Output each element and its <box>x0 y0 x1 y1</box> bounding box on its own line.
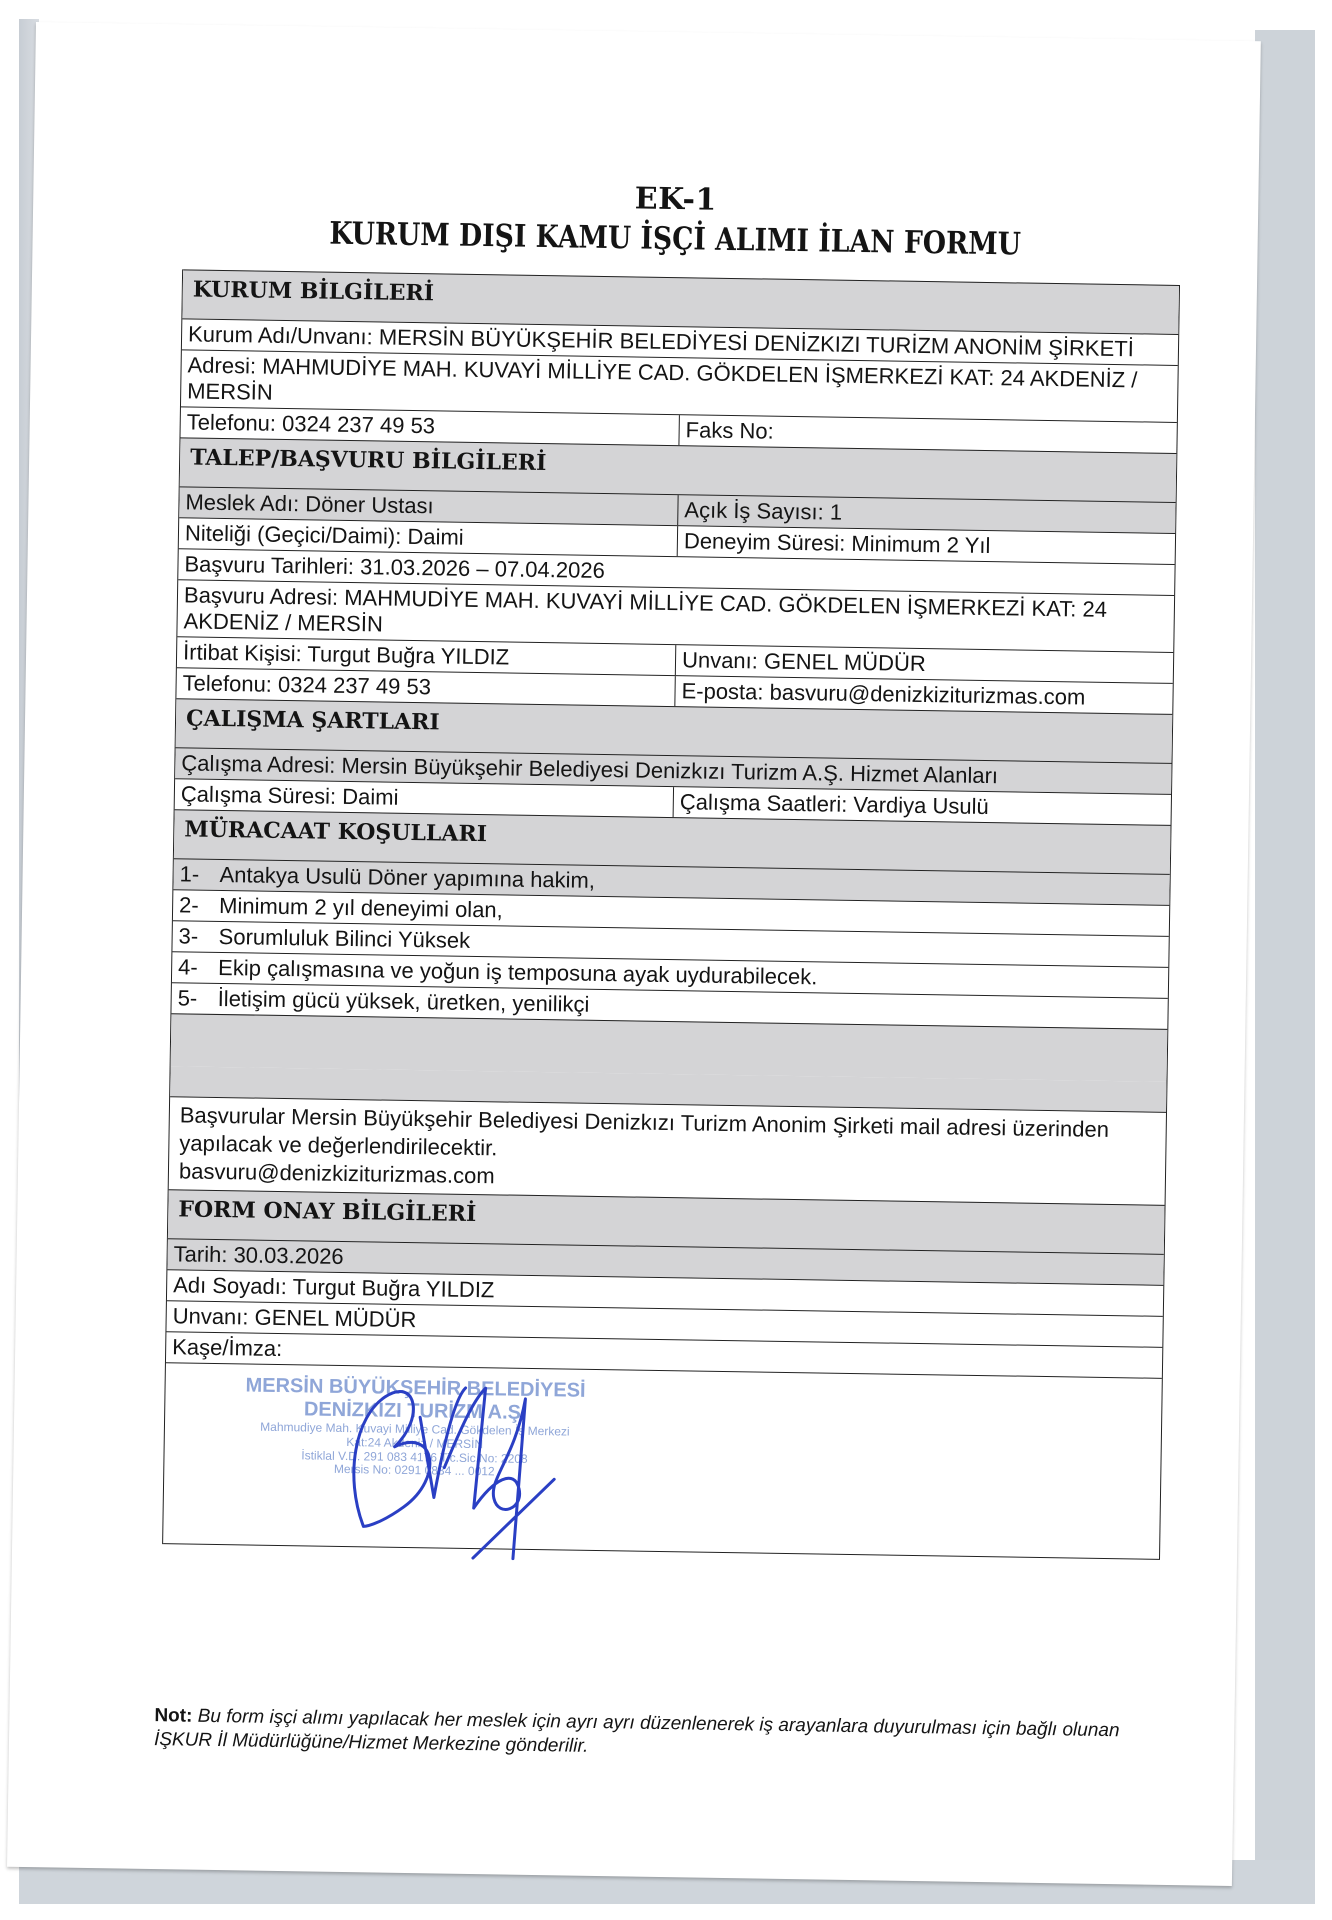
scanned-page: EK-1 KURUM DIŞI KAMU İŞÇİ ALIMI İLAN FOR… <box>7 22 1261 1886</box>
footer-note: Not: Bu form işçi alımı yapılacak her me… <box>154 1704 1155 1768</box>
signature-area: MERSİN BÜYÜKŞEHİR BELEDİYESİ DENİZKIZI T… <box>163 1362 1162 1560</box>
scanner-bed-edge <box>1255 30 1315 1900</box>
job-posting-form: EK-1 KURUM DIŞI KAMU İŞÇİ ALIMI İLAN FOR… <box>7 22 1261 1886</box>
application-notice: Başvurular Mersin Büyükşehir Belediyesi … <box>169 1096 1166 1205</box>
note-text: Bu form işçi alımı yapılacak her meslek … <box>154 1706 1120 1757</box>
title-block: EK-1 KURUM DIŞI KAMU İŞÇİ ALIMI İLAN FOR… <box>32 172 1258 266</box>
note-label: Not: <box>154 1705 192 1727</box>
handwritten-signature <box>323 1356 566 1570</box>
form-table: KURUM BİLGİLERİ Kurum Adı/Unvanı: MERSİN… <box>162 269 1180 1560</box>
